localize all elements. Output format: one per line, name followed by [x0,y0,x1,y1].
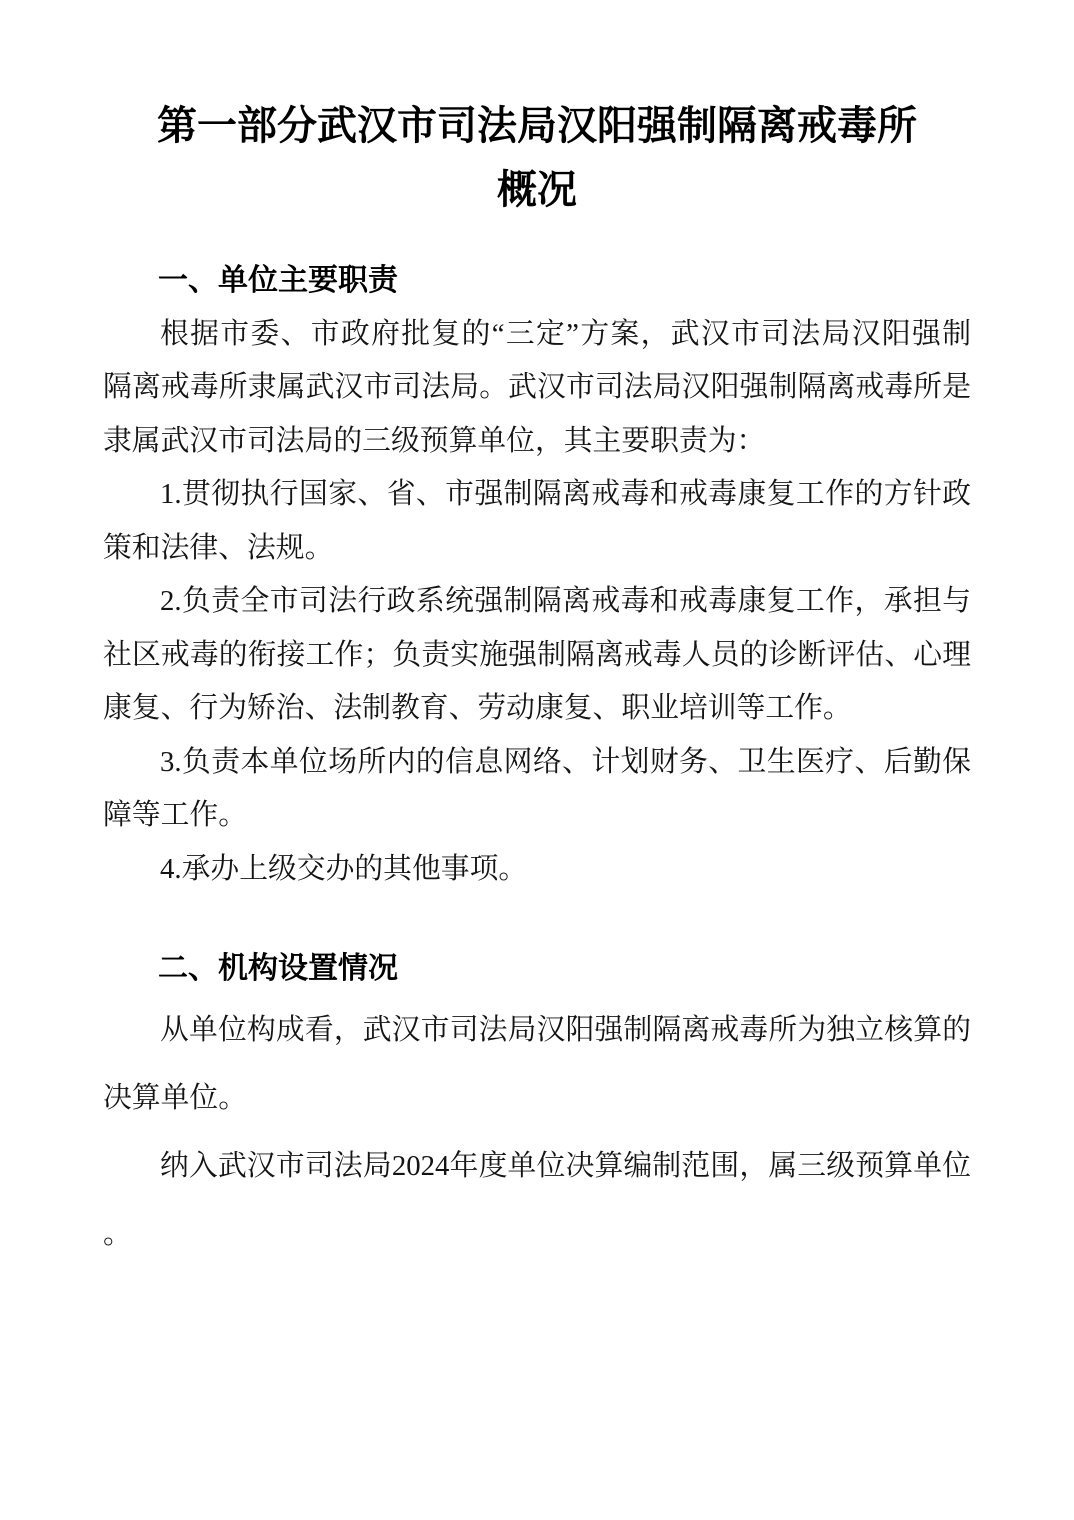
page-content: 第一部分武汉市司法局汉阳强制隔离戒毒所 概况 一、单位主要职责 根据市委、市政府… [103,0,971,1268]
section-2-heading: 二、机构设置情况 [103,942,971,996]
paragraph-line: 。 [103,1200,971,1268]
paragraph-line: 社区戒毒的衔接工作；负责实施强制隔离戒毒人员的诊断评估、心理 [103,629,971,683]
document-title-line-1: 第一部分武汉市司法局汉阳强制隔离戒毒所 [103,94,971,158]
paragraph-line: 3.负责本单位场所内的信息网络、计划财务、卫生医疗、后勤保 [103,736,971,790]
document-title: 第一部分武汉市司法局汉阳强制隔离戒毒所 概况 [103,94,971,222]
paragraph-line: 隔离戒毒所隶属武汉市司法局。武汉市司法局汉阳强制隔离戒毒所是 [103,361,971,415]
document-title-line-2: 概况 [103,158,971,222]
section-1-heading: 一、单位主要职责 [103,254,971,308]
paragraph-line: 2.负责全市司法行政系统强制隔离戒毒和戒毒康复工作，承担与 [103,575,971,629]
paragraph-line: 1.贯彻执行国家、省、市强制隔离戒毒和戒毒康复工作的方针政 [103,468,971,522]
document-page: 第一部分武汉市司法局汉阳强制隔离戒毒所 概况 一、单位主要职责 根据市委、市政府… [0,0,1074,1520]
paragraph-line: 纳入武汉市司法局2024年度单位决算编制范围，属三级预算单位 [103,1132,971,1200]
paragraph-line: 隶属武汉市司法局的三级预算单位，其主要职责为： [103,415,971,469]
paragraph-line: 根据市委、市政府批复的“三定”方案，武汉市司法局汉阳强制 [103,308,971,362]
paragraph-line: 策和法律、法规。 [103,522,971,576]
paragraph-line: 康复、行为矫治、法制教育、劳动康复、职业培训等工作。 [103,682,971,736]
paragraph-line: 障等工作。 [103,789,971,843]
paragraph-line: 从单位构成看，武汉市司法局汉阳强制隔离戒毒所为独立核算的 [103,996,971,1064]
paragraph-line: 决算单位。 [103,1064,971,1132]
paragraph-line: 4.承办上级交办的其他事项。 [103,843,971,897]
